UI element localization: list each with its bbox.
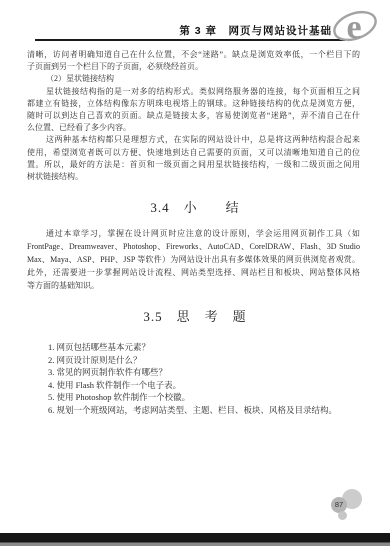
page-number-decor-dot xyxy=(338,511,347,520)
text-line: 随时可以到达自己喜欢的页面。缺点是链接太多，容易使浏览者“迷路”，弄不清自己在什 xyxy=(27,110,360,122)
text-line: 等方面的基础知识。 xyxy=(27,279,360,292)
question-item: 5. 使用 Photoshop 软件制作一个校徽。 xyxy=(48,391,368,404)
text-line: 星状链接结构指的是一对多的结构形式。类似网络服务器的连接，每个页面相互之间 xyxy=(27,86,360,98)
question-item: 3. 常见的网页制作软件有哪些？ xyxy=(48,366,368,379)
text-line: 都建立有链接，立体结构像东方明珠电视塔上的钢球。这种链接结构的优点是浏览方便， xyxy=(27,98,360,110)
text-line: 这两种基本结构都只是理想方式，在实际的网站设计中，总是将这两种结构混合起来 xyxy=(27,134,360,146)
text-line: 子页面到另一个栏目下的子页面，必须绕经首页。 xyxy=(27,61,360,73)
e-swoosh-logo-icon: e xyxy=(330,5,379,46)
chapter-header-title: 第 3 章 网页与网站设计基础 xyxy=(179,23,332,38)
book-page: 第 3 章 网页与网站设计基础 e 清晰，访问者明确知道自己在什么位置，不会“迷… xyxy=(0,0,390,546)
question-item: 4. 使用 Flash 软件制作一个电子表。 xyxy=(48,379,368,392)
text-line: 使用，希望浏览者既可以方便、快速地到达自己需要的页面，又可以清晰地知道自己的位 xyxy=(27,147,360,159)
section-heading-3-5: 3.5 思 考 题 xyxy=(0,306,390,325)
text-line: 置。所以，最好的方法是：首页和一级页面之间用星状链接结构，一级和二级页面之间用 xyxy=(27,159,360,171)
text-line: 清晰，访问者明确知道自己在什么位置，不会“迷路”。缺点是浏览效率低，一个栏目下的 xyxy=(27,49,360,61)
main-text-block: 清晰，访问者明确知道自己在什么位置，不会“迷路”。缺点是浏览效率低，一个栏目下的… xyxy=(27,49,360,183)
header-rule xyxy=(35,39,345,41)
text-line: 树状链接结构。 xyxy=(27,171,360,183)
sub-item-heading: （2）星状链接结构 xyxy=(27,73,360,85)
summary-text-block: 通过本章学习，掌握在设计网页时应注意的设计原则，学会运用网页制作工具（如 Fro… xyxy=(27,227,360,292)
logo-letter: e xyxy=(346,9,361,46)
text-line: 通过本章学习，掌握在设计网页时应注意的设计原则，学会运用网页制作工具（如 xyxy=(27,227,360,240)
text-line: 此外，还需要进一步掌握网站设计流程、网站类型选择、网站栏目和板块、网站整体风格 xyxy=(27,266,360,279)
section-heading-3-4: 3.4 小 结 xyxy=(0,197,390,216)
question-item: 1. 网页包括哪些基本元素？ xyxy=(48,341,368,354)
text-line: 么位置、已经看了多少内容。 xyxy=(27,122,360,134)
text-line: Max、Maya、ASP、PHP、JSP 等软件）为网站设计出具有多媒体效果的网… xyxy=(27,253,360,266)
question-item: 2. 网页设计原则是什么？ xyxy=(48,354,368,367)
bottom-edge-bar xyxy=(0,533,390,546)
text-line: FrontPage、Dreamweaver、Photoshop、Firework… xyxy=(27,240,360,253)
question-item: 6. 规划一个班级网站，考虑网站类型、主题、栏目、板块、风格及目录结构。 xyxy=(48,404,368,417)
questions-list: 1. 网页包括哪些基本元素？ 2. 网页设计原则是什么？ 3. 常见的网页制作软… xyxy=(48,341,368,416)
